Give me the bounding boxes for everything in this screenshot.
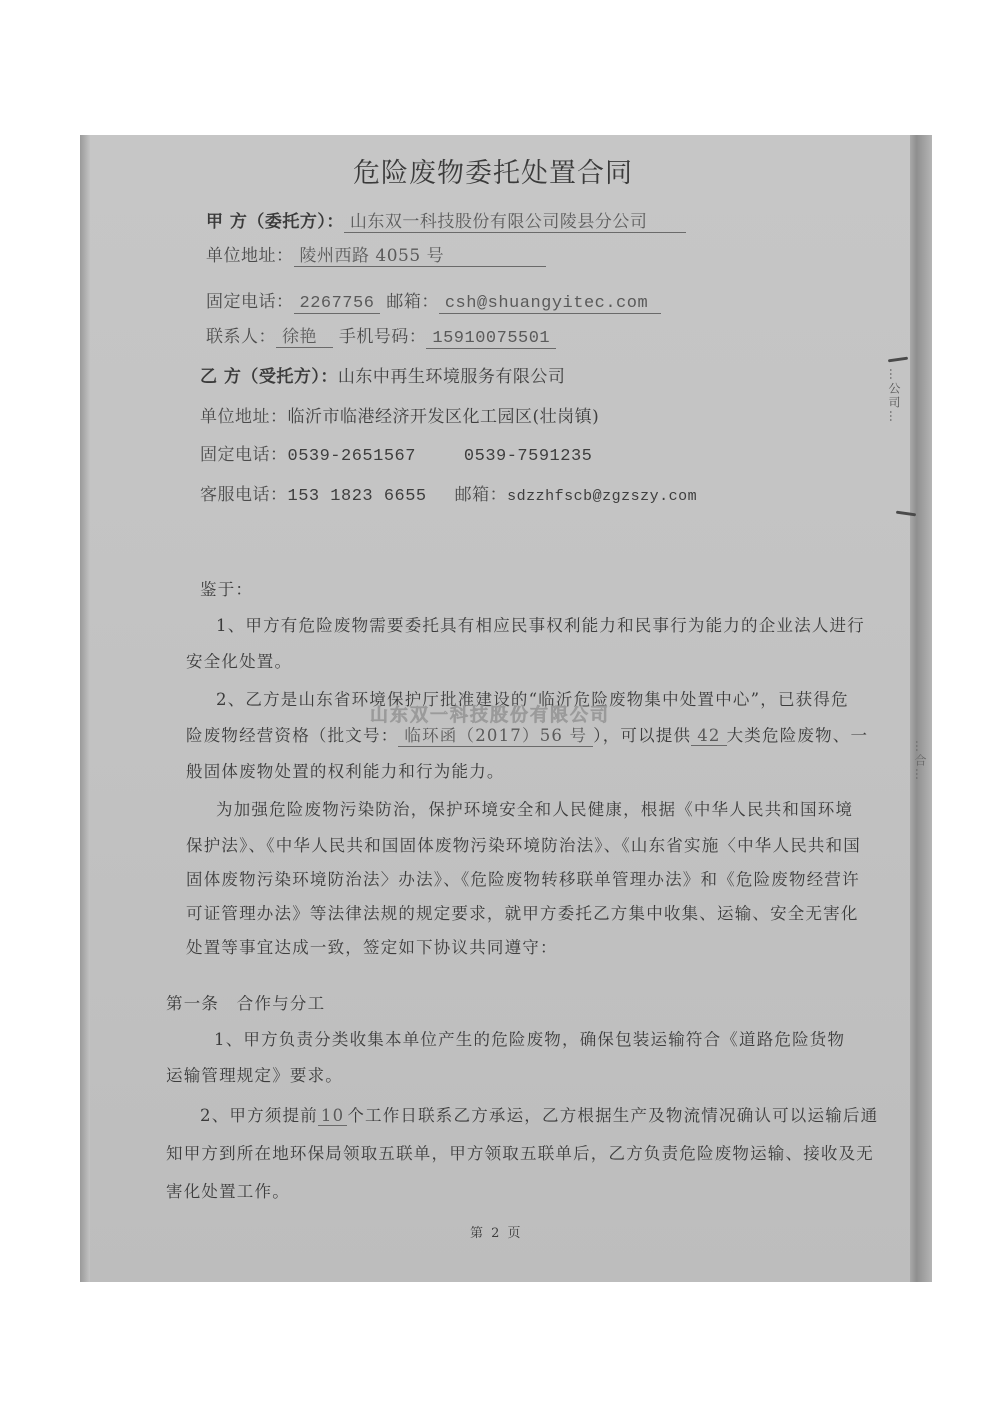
article1-item1-line1: 1、甲方负责分类收集本单位产生的危险废物，确保包装运输符合《道路危险货物 (214, 1026, 845, 1050)
party-a-phone-row: 固定电话：2267756 邮箱：csh@shuangyitec.com (206, 287, 661, 314)
preamble-line2: 保护法》、《中华人民共和国固体废物污染环境防治法》、《山东省实施〈中华人民共和国 (186, 832, 861, 856)
article1-item1-line2: 运输管理规定》要求。 (166, 1062, 343, 1086)
party-b-row: 乙 方（受托方）：山东中再生环境服务有限公司 (200, 362, 565, 387)
party-a-mobile-label: 手机号码： (339, 327, 427, 347)
party-b-address: 临沂市临港经济开发区化工园区(壮岗镇) (288, 407, 600, 427)
article1-item2-text-a: 2、甲方须提前 (200, 1106, 318, 1125)
party-b-address-row: 单位地址：临沂市临港经济开发区化工园区(壮岗镇) (200, 402, 599, 427)
party-b-phone-label: 固定电话： (200, 445, 288, 465)
waste-category-count: 42 (691, 726, 726, 746)
seal-fragment-middle: …合… (912, 740, 929, 870)
party-a-contact: 徐艳 (276, 322, 333, 348)
party-a-phone: 2267756 (294, 294, 381, 314)
party-b-email: sdzzhfscb@zgzszy.com (507, 488, 697, 505)
preamble-line4: 可证管理办法》等法律法规的规定要求，就甲方委托乙方集中收集、运输、安全无害化 (186, 900, 859, 924)
party-a-address-label: 单位地址： (206, 246, 294, 266)
party-a-email-label: 邮箱： (386, 292, 439, 312)
party-b-email-label: 邮箱： (455, 485, 508, 505)
preamble-line5: 处置等事宜达成一致，签定如下协议共同遵守： (186, 934, 558, 958)
party-b-phone-row: 固定电话：0539-26515670539-7591235 (200, 440, 592, 466)
page-left-shadow (80, 135, 90, 1282)
party-b-label: 乙 方（受托方）： (200, 367, 338, 387)
party-a-address: 陵州西路 4055 号 (294, 241, 546, 267)
party-b-service-label: 客服电话： (200, 485, 288, 505)
whereas-item2-text-b: ），可以提供 (593, 726, 691, 745)
preamble-line3: 固体废物污染环境防治法〉办法》、《危险废物转移联单管理办法》和《危险废物经营许 (186, 866, 860, 890)
document-title: 危险废物委托处置合同 (353, 151, 633, 190)
party-b-name: 山东中再生环境服务有限公司 (338, 367, 566, 387)
preamble-line1: 为加强危险废物污染防治，保护环境安全和人民健康，根据《中华人民共和国环境 (216, 796, 853, 820)
party-a-mobile: 15910075501 (426, 329, 556, 349)
whereas-heading: 鉴于： (200, 576, 253, 600)
party-a-label: 甲 方（委托方）： (206, 212, 344, 232)
article1-item2-text-b: 个工作日联系乙方承运，乙方根据生产及物流情况确认可以运输后通 (347, 1106, 878, 1125)
party-a-name: 山东双一科技股份有限公司陵县分公司 (344, 207, 686, 233)
page-right-binding-strip (910, 135, 932, 1282)
party-a-row: 甲 方（委托方）：山东双一科技股份有限公司陵县分公司 (206, 207, 686, 233)
party-a-contact-label: 联系人： (206, 327, 276, 347)
party-a-address-row: 单位地址：陵州西路 4055 号 (206, 241, 546, 267)
article1-item2-line2: 知甲方到所在地环保局领取五联单，甲方领取五联单后，乙方负责危险废物运输、接收及无 (166, 1140, 874, 1164)
article1-item2-line3: 害化处置工作。 (166, 1178, 290, 1202)
whereas-item2-text-c: 大类危险废物、一 (727, 726, 869, 745)
company-watermark: 山东双一科技股份有限公司 (370, 701, 610, 727)
party-b-phone2: 0539-7591235 (464, 447, 592, 466)
party-b-phone1: 0539-2651567 (288, 447, 416, 466)
party-a-contact-row: 联系人：徐艳 手机号码：15910075501 (206, 322, 556, 349)
seal-fragment-top: …公司… (886, 368, 903, 508)
party-a-phone-label: 固定电话： (206, 292, 294, 312)
whereas-item1-line2: 安全化处置。 (186, 648, 292, 672)
party-b-service-row: 客服电话：153 1823 6655邮箱：sdzzhfscb@zgzszy.co… (200, 480, 697, 506)
whereas-item2-text-a: 险废物经营资格（批文号： (186, 726, 398, 745)
party-b-address-label: 单位地址： (200, 407, 288, 427)
whereas-item1-line1: 1、甲方有危险废物需要委托具有相应民事权利能力和民事行为能力的企业法人进行 (216, 612, 865, 636)
whereas-item2-line3: 般固体废物处置的权利能力和行为能力。 (186, 758, 505, 782)
party-a-email: csh@shuangyitec.com (439, 294, 661, 314)
notice-days: 10 (318, 1106, 347, 1126)
article1-heading: 第一条 合作与分工 (166, 990, 325, 1014)
party-b-service-phone: 153 1823 6655 (288, 487, 427, 506)
article1-item2-line1: 2、甲方须提前10个工作日联系乙方承运，乙方根据生产及物流情况确认可以运输后通 (200, 1102, 878, 1126)
page-number: 第 2 页 (470, 1222, 523, 1241)
